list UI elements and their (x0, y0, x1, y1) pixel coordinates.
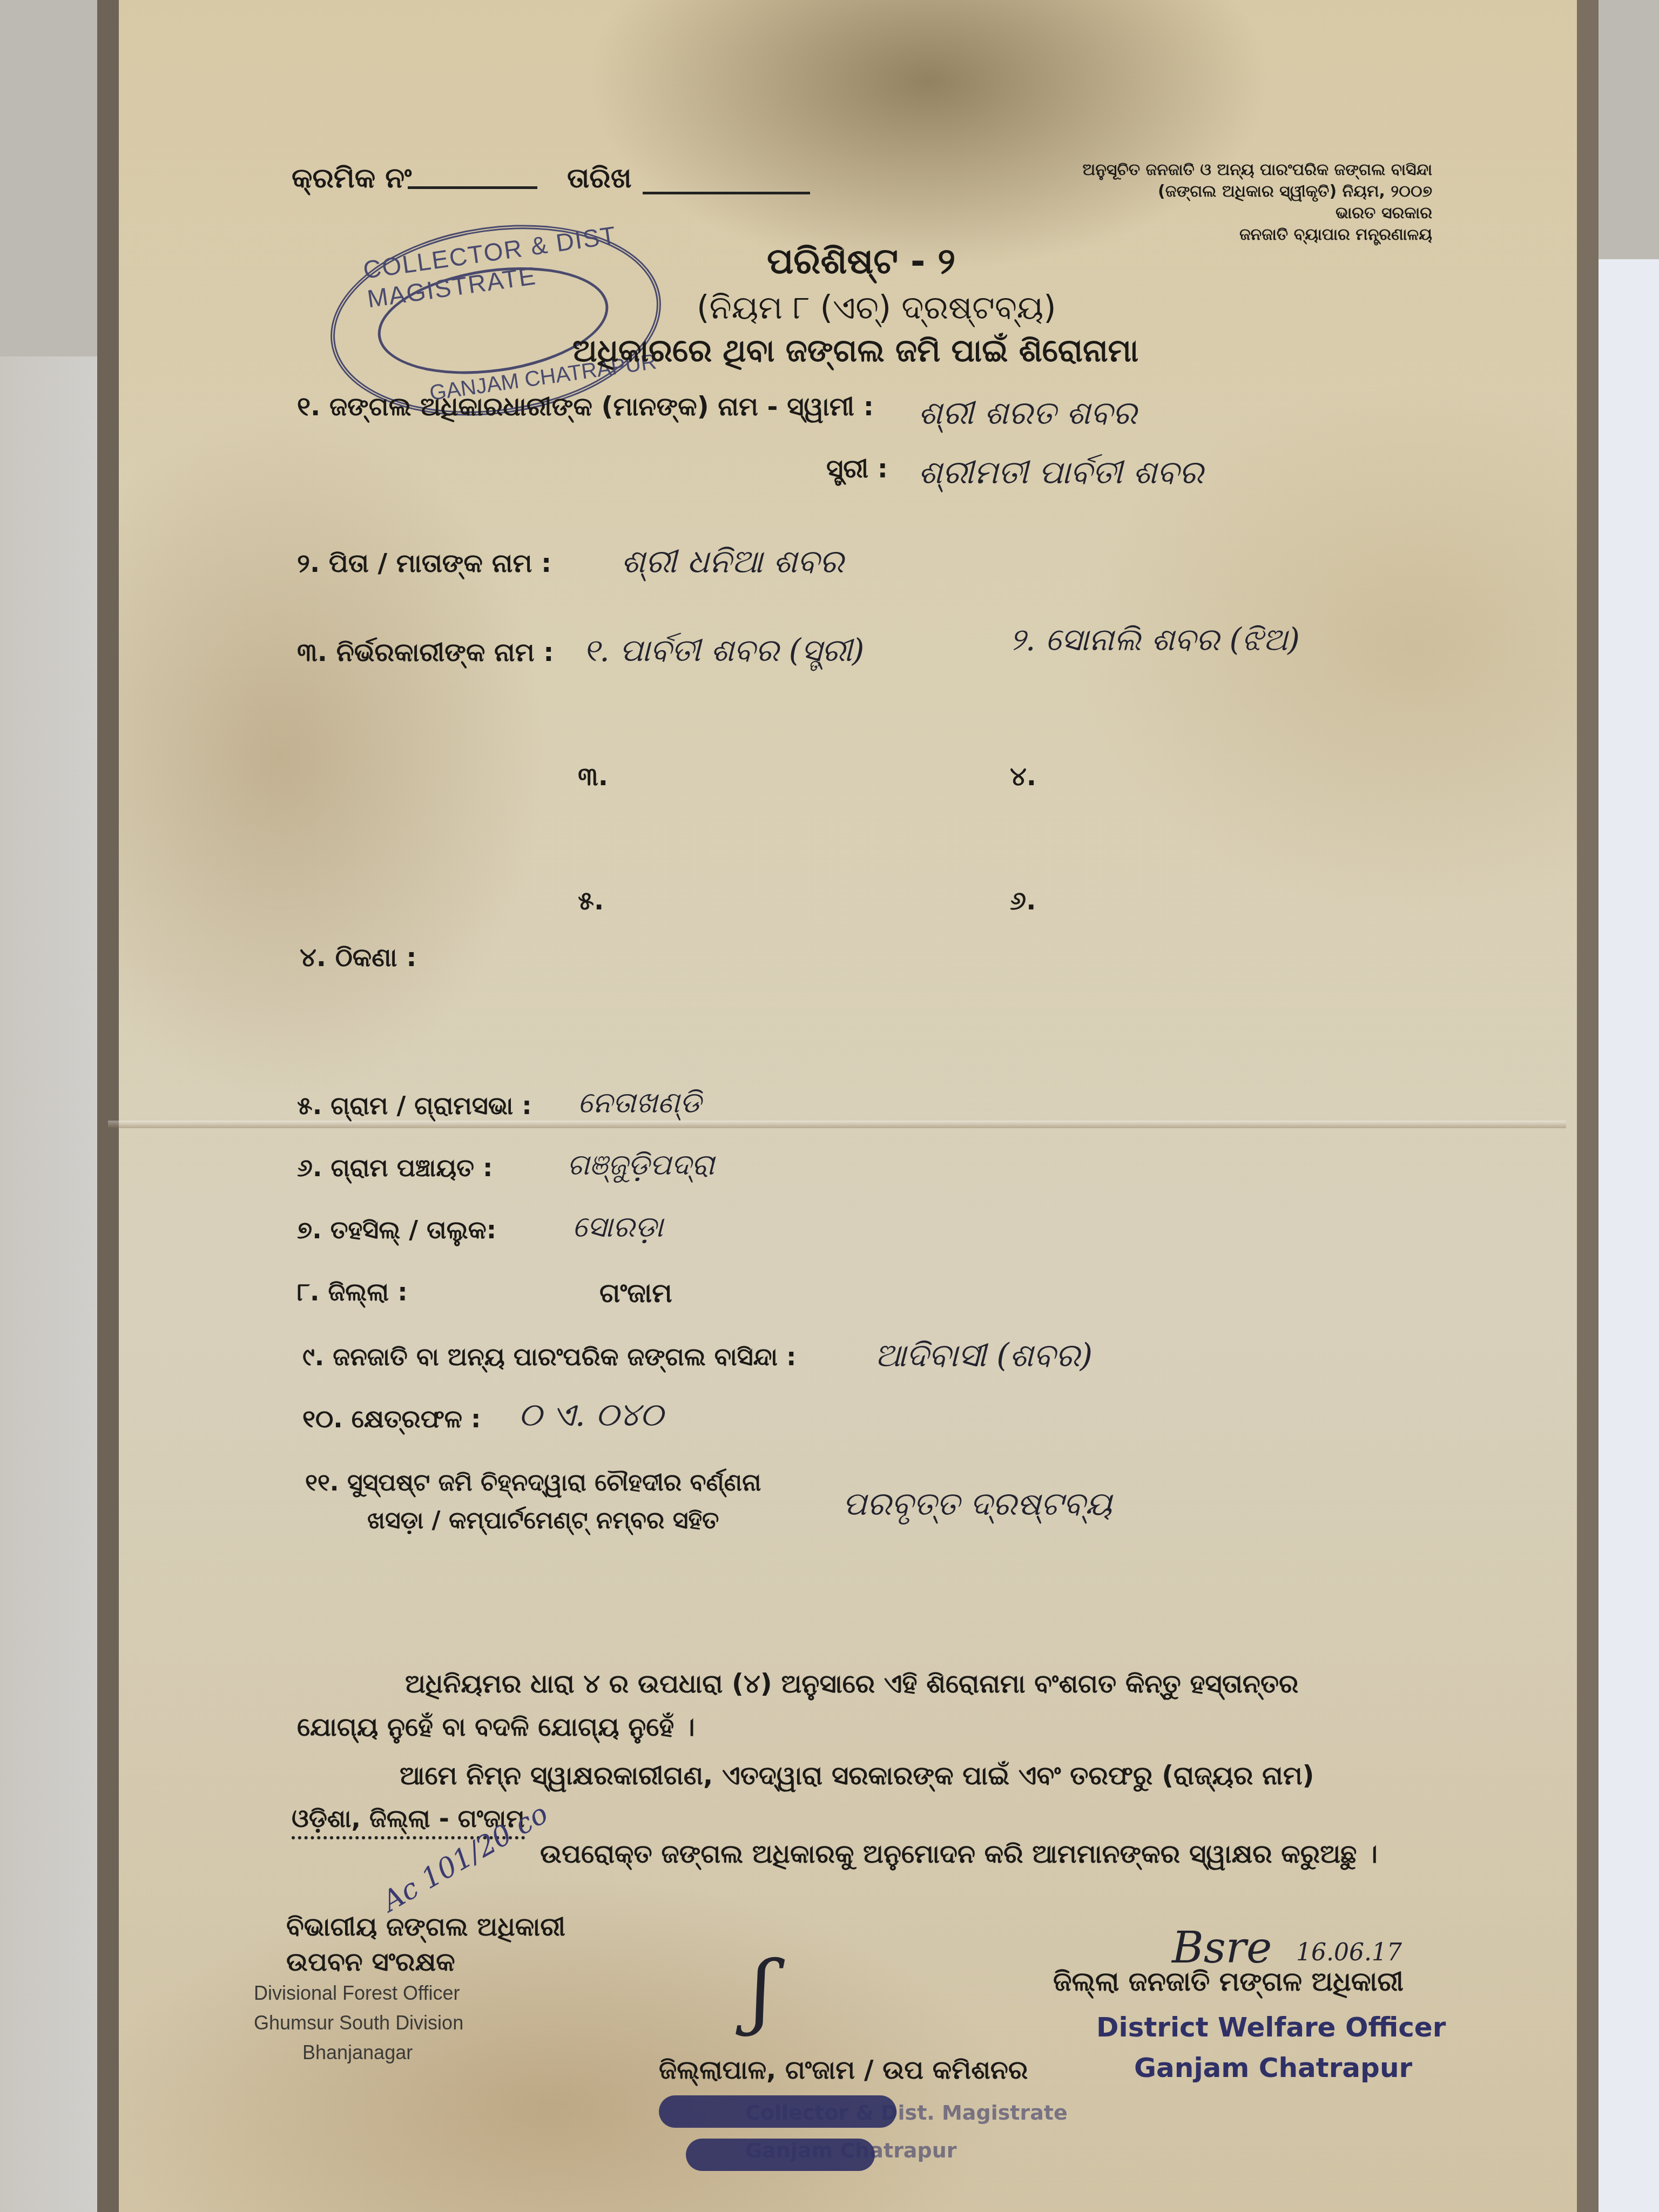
dependent-slot-5: ୫. (578, 886, 604, 916)
act-line-2: (ଜଙ୍ଗଲ ଅଧିକାର ସ୍ୱୀକୃତି) ନିୟମ, ୨୦୦୭ (1082, 181, 1432, 203)
serial-label: କ୍ରମିକ ନଂ (292, 162, 412, 195)
collector-signature: ʃ (751, 1944, 773, 2038)
ministry-line: ଜନଜାତି ବ୍ୟାପାର ମନ୍ତ୍ରଣାଳୟ (1082, 224, 1432, 246)
dependent-2: ୨. ସୋନାଲି ଶବର (ଝିଅ) (1010, 621, 1300, 658)
act-line-1: ଅନୁସୂଚିତ ଜନଜାତି ଓ ଅନ୍ୟ ପାରଂପରିକ ଜଙ୍ଗଲ ବା… (1082, 159, 1432, 181)
field-4-label: ୪. ଠିକଣା : (300, 942, 416, 973)
field-7-value: ସୋରଡ଼ା (572, 1210, 663, 1244)
field-1-label: ୧. ଜଙ୍ଗଲ ଅଧିକାରଧାରୀଙ୍କ (ମାନଙ୍କ) ନାମ - ସ୍… (297, 392, 874, 422)
dfo-stamp-line-1: Divisional Forest Officer (254, 1982, 460, 2005)
declaration-para2-line1: ଆମେ ନିମ୍ନ ସ୍ୱାକ୍ଷରକାରୀଗଣ, ଏତଦ୍ୱାରା ସରକାର… (400, 1761, 1314, 1791)
dwo-stamp-line-2: Ganjam Chatrapur (1134, 2052, 1412, 2083)
field-11-label-1: ୧୧. ସୁସ୍ପଷ୍ଟ ଜମି ଚିହ୍ନଦ୍ୱାରା ଚୌହଦୀର ବର୍ଣ… (305, 1469, 761, 1496)
serial-blank (408, 186, 537, 189)
dwo-odia-title: ଜିଲ୍ଲା ଜନଜାତି ମଙ୍ଗଳ ଅଧିକାରୀ (1053, 1966, 1404, 1998)
document-subtitle: (ନିୟମ ୮ (ଏଚ୍) ଦ୍ରଷ୍ଟବ୍ୟ) (697, 289, 1056, 327)
field-1-husband-value: ଶ୍ରୀ ଶରତ ଶବର (918, 394, 1137, 432)
field-2-label: ୨. ପିତା / ମାତାଙ୍କ ନାମ : (297, 548, 551, 579)
field-1-wife-label: ସ୍ତ୍ରୀ : (826, 454, 888, 484)
document-heading: ଅଧିକାରରେ ଥିବା ଜଙ୍ଗଲ ଜମି ପାଇଁ ଶିରୋନାମା (572, 332, 1138, 369)
declaration-para2-line2: ଉପରୋକ୍ତ ଜଙ୍ଗଲ ଅଧିକାରକୁ ଅନୁମୋଦନ କରି ଆମମାନ… (540, 1839, 1378, 1870)
collector-stamp-line-2: Ganjam Chatrapur (745, 2139, 957, 2162)
govt-line: ଭାରତ ସରକାର (1082, 203, 1432, 224)
field-11-value: ପରବୃତ୍ତ ଦ୍ରଷ୍ଟବ୍ୟ (842, 1485, 1112, 1523)
declaration-para1-line2: ଯୋଗ୍ୟ ନୁହେଁ ବା ବଦଳି ଯୋଗ୍ୟ ନୁହେଁ । (297, 1712, 695, 1743)
field-1-wife-value: ଶ୍ରୀମତୀ ପାର୍ବତୀ ଶବର (918, 454, 1203, 491)
dfo-stamp-line-2: Ghumsur South Division (254, 2012, 463, 2034)
dfo-odia-title: ବିଭାଗୀୟ ଜଙ୍ଗଲ ଅଧିକାରୀ (286, 1912, 565, 1943)
date-blank (643, 192, 810, 194)
field-9-label: ୯. ଜନଜାତି ବା ଅନ୍ୟ ପାରଂପରିକ ଜଙ୍ଗଲ ବାସିନ୍ଦ… (302, 1342, 796, 1372)
field-7-label: ୭. ତହସିଲ୍ / ତାଲୁକ: (297, 1215, 496, 1245)
field-10-value: ୦ ଏ. ୦୪୦ (518, 1396, 663, 1434)
field-10-label: ୧୦. କ୍ଷେତ୍ରଫଳ : (302, 1404, 481, 1434)
declaration-para1-line1: ଅଧିନିୟମର ଧାରା ୪ ର ଉପଧାରା (୪) ଅନୁସାରେ ଏହି… (405, 1669, 1299, 1700)
field-5-value: ନେତାଖଣ୍ଡି (578, 1085, 701, 1120)
dependent-1: ୧. ପାର୍ବତୀ ଶବର (ସ୍ତ୍ରୀ) (583, 632, 864, 669)
collector-stamp-line-1: Collector & Dist. Magistrate (745, 2101, 1068, 2125)
collector-odia-title: ଜିଲ୍ଲାପାଳ, ଗଂଜାମ / ଉପ କମିଶନର (659, 2055, 1028, 2086)
ministry-header: ଅନୁସୂଚିତ ଜନଜାତି ଓ ଅନ୍ୟ ପାରଂପରିକ ଜଙ୍ଗଲ ବା… (1082, 159, 1432, 246)
dfo-odia-subtitle: ଉପବନ ସଂରକ୍ଷକ (286, 1947, 455, 1978)
document-title: ପରିଶିଷ୍ଟ - ୨ (767, 240, 955, 283)
field-9-value: ଆଦିବାସୀ (ଶବର) (875, 1337, 1092, 1374)
dfo-stamp-line-3: Bhanjanagar (302, 2041, 413, 2064)
date-label: ତାରିଖ (567, 162, 632, 195)
dependent-slot-3: ୩. (578, 761, 608, 792)
dwo-stamp-line-1: District Welfare Officer (1096, 2012, 1446, 2043)
dependent-slot-6: ୬. (1010, 886, 1036, 916)
field-8-value: ଗଂଜାମ (599, 1277, 672, 1309)
dwo-sign-date: 16.06.17 (1296, 1939, 1402, 1966)
field-5-label: ୫. ଗ୍ରାମ / ଗ୍ରାମସଭା : (297, 1091, 532, 1121)
field-8-label: ୮. ଜିଲ୍ଲା : (297, 1277, 408, 1307)
paper-fold (108, 1121, 1566, 1128)
dependent-slot-4: ୪. (1010, 761, 1036, 792)
field-6-value: ଗଞ୍ଜୁଡ଼ିପଦ୍ରା (567, 1148, 714, 1182)
field-2-value: ଶ୍ରୀ ଧନିଆ ଶବର (621, 543, 844, 581)
field-3-label: ୩. ନିର୍ଭରକାରୀଙ୍କ ନାମ : (297, 637, 554, 668)
field-11-label-2: ଖସଡ଼ା / କମ୍ପାର୍ଟମେଣ୍ଟ୍ ନମ୍ବର ସହିତ (367, 1507, 719, 1534)
field-6-label: ୬. ଗ୍ରାମ ପଞ୍ଚାୟତ : (297, 1153, 493, 1183)
